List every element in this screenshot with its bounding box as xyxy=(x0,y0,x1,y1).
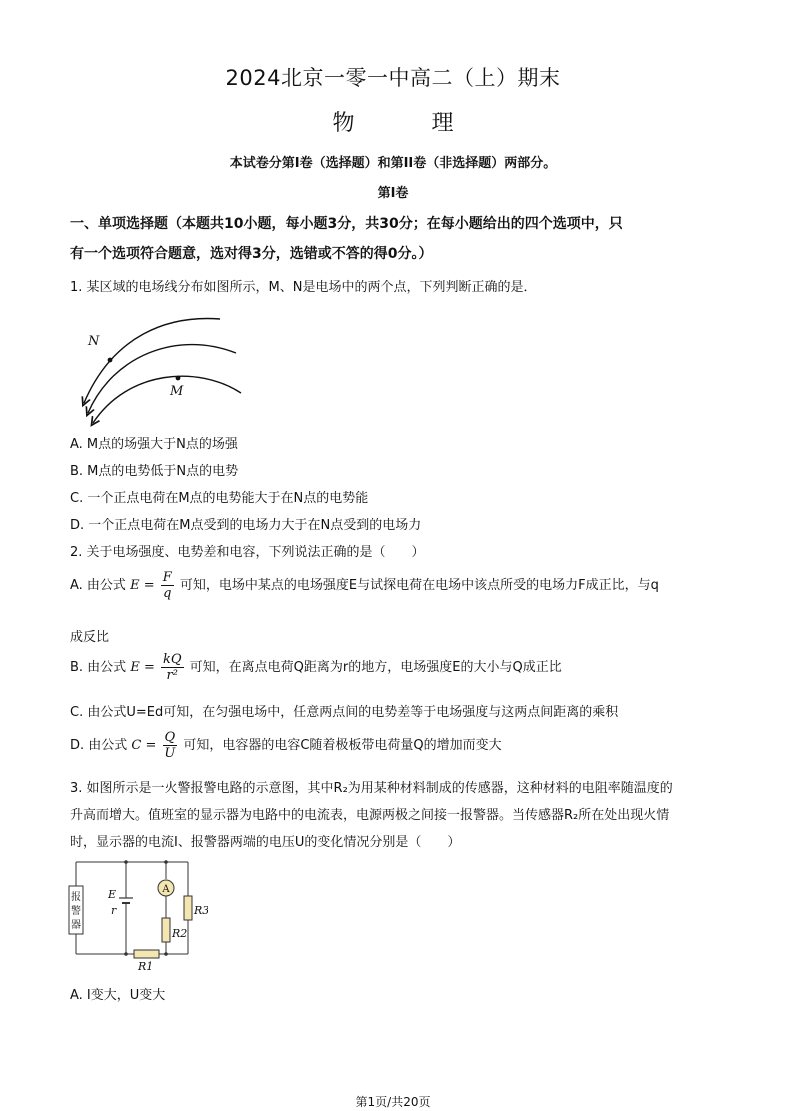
label-r: r xyxy=(111,904,117,917)
q3-stem-line-3: 时，显示器的电流I、报警器两端的电压U的变化情况分别是（ ） xyxy=(70,831,460,850)
svg-text:警: 警 xyxy=(71,904,81,917)
q2b-prefix: B. 由公式 xyxy=(70,660,126,675)
q2a-lhs: E = xyxy=(130,578,155,593)
section-heading-line-2: 有一个选项符合题意，选对得3分，选错或不答的得0分。） xyxy=(70,239,720,269)
q1-option-c: C. 一个正点电荷在M点的电势能大于在N点的电势能 xyxy=(70,487,368,506)
q2a-prefix: A. 由公式 xyxy=(70,578,126,593)
q3-stem-line-2: 升高而增大。值班室的显示器为电路中的电流表，电源两极之间接一报警器。当传感器R₂… xyxy=(70,804,669,823)
q2d-text: 可知，电容器的电容C随着极板带电荷量Q的增加而变大 xyxy=(183,738,501,753)
q2-option-a: A. 由公式 E = F q 可知，电场中某点的电场强度E与试探电荷在电场中该点… xyxy=(70,570,659,601)
q2-option-c: C. 由公式U=Ed可知，在匀强电场中，任意两点间的电势差等于电场强度与这两点间… xyxy=(70,701,618,720)
q1-option-b: B. M点的电势低于N点的电势 xyxy=(70,460,238,479)
label-n: N xyxy=(87,334,100,349)
section-heading: 一、单项选择题（本题共10小题，每小题3分，共30分；在每小题给出的四个选项中，… xyxy=(70,209,720,269)
q3-stem-line-1: 3. 如图所示是一火警报警电路的示意图，其中R₂为用某种材料制成的传感器，这种材… xyxy=(70,777,673,796)
q1-option-a: A. M点的场强大于N点的场强 xyxy=(70,433,238,452)
q2d-lhs: C = xyxy=(131,738,156,753)
q2b-fraction: kQ r² xyxy=(161,652,184,683)
q2b-text: 可知，在离点电荷Q距离为r的地方，电场强度E的大小与Q成正比 xyxy=(190,660,562,675)
label-r1: R1 xyxy=(137,960,153,973)
label-e: E xyxy=(107,888,116,901)
svg-text:报: 报 xyxy=(71,890,81,903)
q2a-fraction: F q xyxy=(161,570,174,601)
q2-option-b: B. 由公式 E = kQ r² 可知，在离点电荷Q距离为r的地方，电场强度E的… xyxy=(70,652,562,683)
q1-option-d: D. 一个正点电荷在M点受到的电场力大于在N点受到的电场力 xyxy=(70,514,421,533)
q2a-text: 可知，电场中某点的电场强度E与试探电荷在电场中该点所受的电场力F成正比，与q xyxy=(180,578,659,593)
q2-option-d: D. 由公式 C = Q U 可知，电容器的电容C随着极板带电荷量Q的增加而变大 xyxy=(70,730,502,761)
point-m xyxy=(176,376,181,381)
q1-stem: 1. 某区域的电场线分布如图所示，M、N是电场中的两个点，下列判断正确的是． xyxy=(70,276,536,295)
subject-char-2: 理 xyxy=(432,111,454,136)
label-r3: R3 xyxy=(193,904,208,917)
q2b-lhs: E = xyxy=(130,660,155,675)
document-title: 2024北京一零一中高二（上）期末 xyxy=(0,62,786,92)
resistor-r3 xyxy=(184,896,192,920)
field-line-top xyxy=(84,319,220,403)
fire-alarm-circuit-diagram: 报 警 器 E r A R2 R3 R1 xyxy=(68,858,208,973)
label-r2: R2 xyxy=(171,927,187,940)
point-n xyxy=(108,358,113,363)
svg-text:器: 器 xyxy=(71,919,81,931)
q2d-prefix: D. 由公式 xyxy=(70,738,127,753)
q2-option-a-continued: 成反比 xyxy=(70,626,109,645)
subject-char-1: 物 xyxy=(332,111,354,136)
exam-intro: 本试卷分第I卷（选择题）和第II卷（非选择题）两部分。 xyxy=(0,152,786,171)
svg-text:A: A xyxy=(161,884,170,895)
part-heading: 第I卷 xyxy=(0,182,786,201)
q3-option-a: A. I变大，U变大 xyxy=(70,984,165,1003)
q2-stem: 2. 关于电场强度、电势差和电容，下列说法正确的是（ ） xyxy=(70,541,425,560)
resistor-r2 xyxy=(162,918,170,942)
field-line-bottom xyxy=(93,376,241,423)
label-m: M xyxy=(169,384,184,399)
page-number: 第1页/共20页 xyxy=(0,1093,786,1110)
resistor-r1 xyxy=(134,950,159,958)
subject-heading: 物 理 xyxy=(0,106,786,137)
electric-field-lines-figure: N M xyxy=(68,305,248,430)
q2d-fraction: Q U xyxy=(163,730,178,761)
section-heading-line-1: 一、单项选择题（本题共10小题，每小题3分，共30分；在每小题给出的四个选项中，… xyxy=(70,209,720,239)
